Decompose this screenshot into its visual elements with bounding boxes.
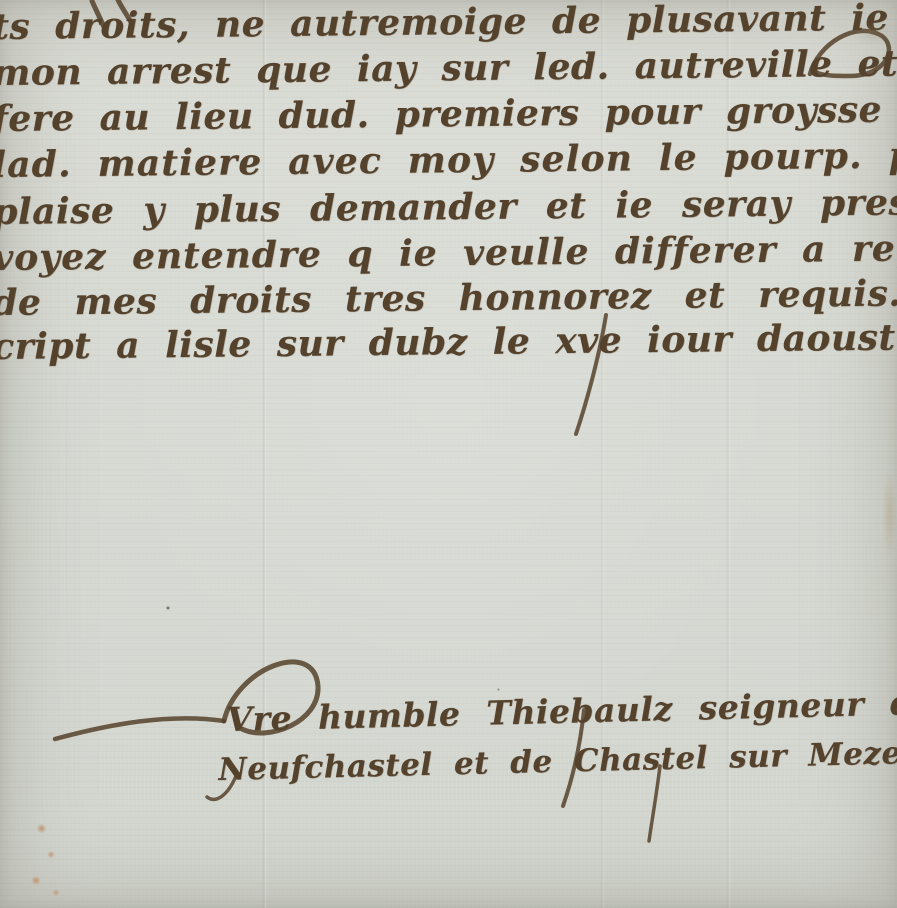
manuscript-page: ts droits, ne autremoige de plusavant ie… bbox=[0, 0, 897, 908]
signature-line-2: Neufchastel et de Chastel sur Mezelle bbox=[218, 734, 897, 788]
handwriting-line-7: de mes droits tres honnorez et requis. bbox=[0, 272, 897, 324]
signature-paraph-stroke bbox=[55, 718, 224, 739]
signature-line-1: Vre humble Thiebaulz seigneur de bbox=[226, 683, 897, 739]
handwriting-line-1: ts droits, ne autremoige de plusavant ie… bbox=[0, 0, 897, 48]
foxing-stain bbox=[31, 876, 41, 885]
ink-speck bbox=[497, 688, 500, 691]
foxing-stain bbox=[36, 824, 47, 833]
handwriting-line-8: cript a lisle sur dubz le xve iour daous… bbox=[0, 317, 896, 368]
handwriting-line-4: lad. matiere avec moy selon le pourp. pr… bbox=[0, 132, 897, 186]
edge-smudge bbox=[882, 470, 897, 560]
ink-speck bbox=[166, 606, 170, 610]
handwriting-line-5: plaise y plus demander et ie seray prest… bbox=[0, 180, 897, 233]
foxing-stain bbox=[52, 889, 60, 896]
handwriting-line-6: voyez entendre q ie veulle differer a re… bbox=[0, 226, 897, 279]
handwriting-line-3: fere au lieu dud. premiers pour groysse … bbox=[0, 88, 897, 140]
foxing-stain bbox=[47, 851, 55, 858]
handwriting-line-2: mon arrest que iay sur led. autreville e… bbox=[0, 43, 897, 94]
